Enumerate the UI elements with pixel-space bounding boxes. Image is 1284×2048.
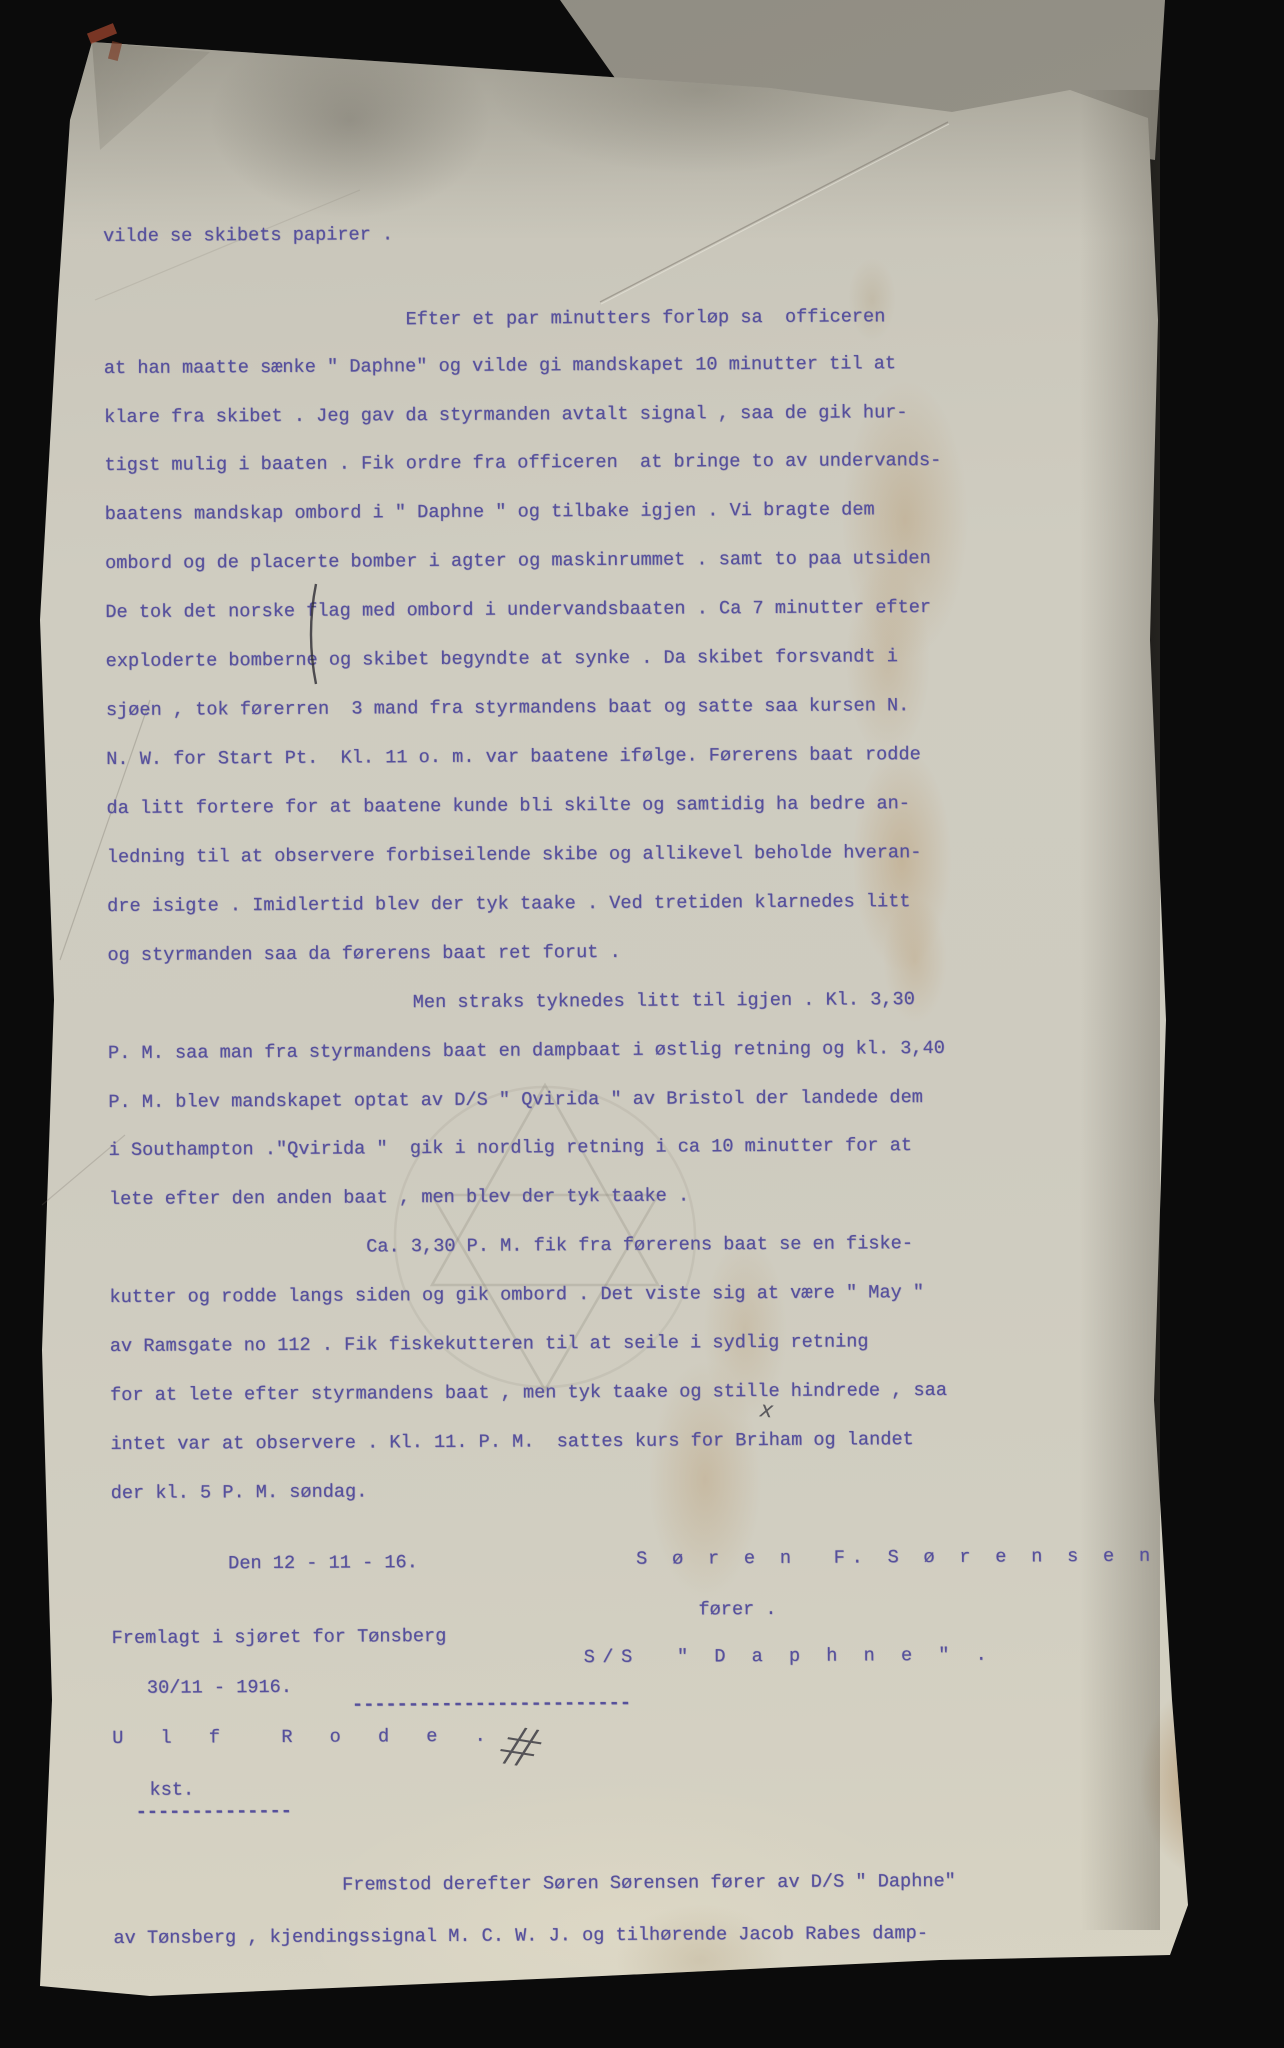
typed-line: og styrmanden saa da førerens baat ret f… (107, 944, 620, 966)
typed-line: lete efter den anden baat , men blev der… (109, 1187, 689, 1209)
ship-name-line: S/S " D a p h n e " . (584, 1647, 995, 1668)
court-date: 30/11 - 1916. (147, 1679, 292, 1698)
typed-line: da litt fortere for at baatene kunde bli… (106, 795, 909, 819)
typed-divider-long: ------------------------- (352, 1695, 631, 1715)
typed-line: P. M. blev mandskapet optat av D/S " Qvi… (108, 1089, 923, 1113)
typed-line: ledning til at observere forbiseilende s… (107, 844, 922, 868)
typed-line: N. W. for Start Pt. Kl. 11 o. m. var baa… (106, 746, 921, 770)
typed-line: tigst mulig i baaten . Fik ordre fra off… (104, 452, 941, 476)
typed-line: De tok det norske flag med ombord i unde… (105, 599, 931, 623)
typed-line: for at lete efter styrmandens baat , men… (110, 1382, 947, 1406)
typed-line: av Tønsberg , kjendingssignal M. C. W. J… (113, 1925, 928, 1949)
typed-line: P. M. saa man fra styrmandens baat en da… (108, 1040, 945, 1064)
typed-text: vilde se skibets papirer . Efter et par … (0, 0, 1284, 2048)
typed-line: av Ramsgate no 112 . Fik fiskekutteren t… (110, 1333, 869, 1356)
signature-name: S ø r e n F. S ø r e n s e n (636, 1548, 1157, 1570)
clerk-name: U l f R o d e . (112, 1728, 499, 1749)
typed-line: vilde se skibets papirer . (103, 226, 393, 246)
typed-line: Men straks tyknedes litt til igjen . Kl.… (413, 991, 915, 1013)
typed-line: baatens mandskap ombord i " Daphne " og … (105, 501, 875, 524)
signature-title: fører . (698, 1601, 776, 1620)
typed-line: kutter og rodde langs siden og gik ombor… (109, 1284, 924, 1308)
typed-line: der kl. 5 P. M. søndag. (111, 1483, 368, 1503)
archival-photo: vilde se skibets papirer . Efter et par … (0, 0, 1284, 2048)
typed-line: at han maatte sænke " Daphne" og vilde g… (104, 355, 896, 378)
typed-line: klare fra skibet . Jeg gav da styrmanden… (104, 404, 907, 428)
date-line: Den 12 - 11 - 16. (228, 1554, 418, 1574)
typed-line: intet var at observere . Kl. 11. P. M. s… (110, 1431, 913, 1455)
typed-line: Efter et par minutters forløp sa officer… (406, 308, 886, 330)
court-line: Fremlagt i sjøret for Tønsberg (112, 1628, 447, 1649)
typed-line: i Southampton ."Qvirida " gik i nordlig … (109, 1137, 912, 1161)
typed-line: dre isigte . Imidlertid blev der tyk taa… (107, 893, 910, 917)
clerk-title: kst. (149, 1782, 194, 1801)
handwritten-x-mark: x (759, 1397, 775, 1423)
typed-divider-short: -------------- (136, 1803, 292, 1823)
typed-line: Ca. 3,30 P. M. fik fra førerens baat se … (366, 1235, 913, 1257)
typed-line: sjøen , tok førerren 3 mand fra styrmand… (106, 697, 909, 721)
typed-line: ombord og de placerte bomber i agter og … (105, 550, 931, 574)
typed-line: Fremstod derefter Søren Sørensen fører a… (342, 1873, 956, 1895)
typed-line: exploderte bomberne og skibet begyndte a… (106, 648, 898, 671)
